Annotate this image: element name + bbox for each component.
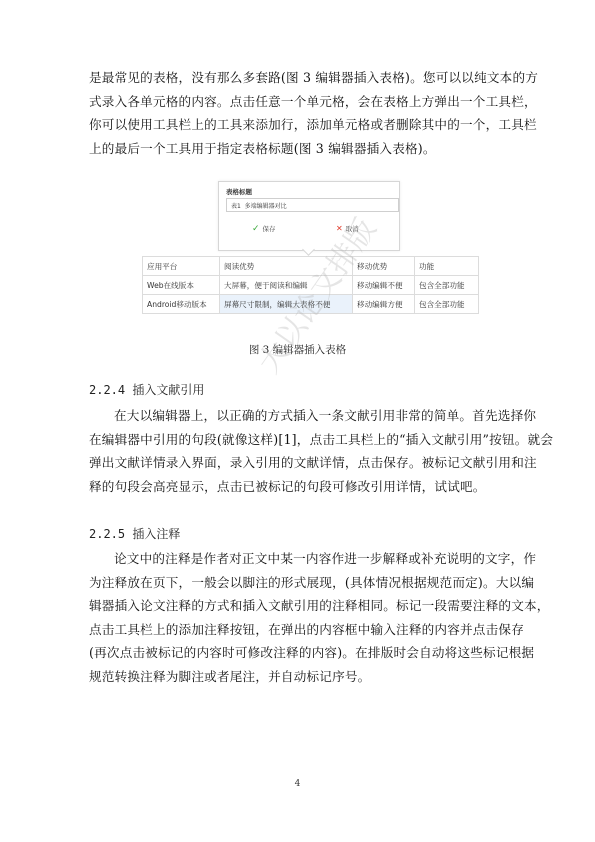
table-cell[interactable]: Android移动版本 [143,295,220,314]
save-button[interactable]: ✓保存 [252,224,276,234]
section-heading-2-2-4: 2.2.4 插入文献引用 [89,381,204,398]
text-line: 论文中的注释是作者对正文中某一内容作进一步解释或补充说明的文字，作 [89,547,509,571]
figure-editor-insert-table: 表格标题 ✓保存 ✕取消 应用平台 阅读优势 移动优势 功能 Web在线版本 大… [0,0,595,330]
table-cell[interactable]: 应用平台 [143,257,220,276]
table-cell[interactable]: 阅读优势 [220,257,353,276]
save-label: 保存 [263,225,276,233]
table-cell[interactable]: 功能 [415,257,479,276]
text-line: 点击工具栏上的添加注释按钮，在弹出的内容框中输入注释的内容并点击保存 [89,618,509,642]
table-title-popup: 表格标题 ✓保存 ✕取消 [218,181,400,251]
table-header-row: 应用平台 阅读优势 移动优势 功能 [143,257,479,276]
table-title-input[interactable] [226,198,399,212]
table-cell[interactable]: 移动编辑不便 [353,276,415,295]
text-line: 在编辑器中引用的句段(就像这样)[1]，点击工具栏上的“插入文献引用”按钮。就会 [89,428,509,452]
cancel-label: 取消 [346,225,359,233]
close-icon: ✕ [336,224,343,233]
table-row: Android移动版本 屏幕尺寸限制，编辑大表格不便 移动编辑方便 包含全部功能 [143,295,479,314]
popup-title: 表格标题 [226,187,252,196]
cancel-button[interactable]: ✕取消 [336,224,359,233]
comparison-table: 应用平台 阅读优势 移动优势 功能 Web在线版本 大屏幕，便于阅读和编辑 移动… [142,256,479,314]
text-line: (再次点击被标记的内容时可修改注释的内容)。在排版时会自动将这些标记根据 [89,641,509,665]
section-2-2-5-paragraph: 论文中的注释是作者对正文中某一内容作进一步解释或补充说明的文字，作 为注释放在页… [89,547,509,689]
text-line: 弹出文献详情录入界面，录入引用的文献详情，点击保存。被标记文献引用和注 [89,451,509,475]
section-heading-2-2-5: 2.2.5 插入注释 [89,525,180,542]
text-line: 辑器插入论文注释的方式和插入文献引用的注释相同。标记一段需要注释的文本， [89,594,509,618]
text-line: 在大以编辑器上，以正确的方式插入一条文献引用非常的简单。首先选择你 [89,404,509,428]
table-cell[interactable]: 大屏幕，便于阅读和编辑 [220,276,353,295]
text-line: 规范转换注释为脚注或者尾注，并自动标记序号。 [89,665,509,689]
text-line: 为注释放在页下，一般会以脚注的形式展现，(具体情况根据规范而定)。大以编 [89,571,509,595]
table-row: Web在线版本 大屏幕，便于阅读和编辑 移动编辑不便 包含全部功能 [143,276,479,295]
table-cell-selected[interactable]: 屏幕尺寸限制，编辑大表格不便 [220,295,353,314]
table-cell[interactable]: 包含全部功能 [415,276,479,295]
check-icon: ✓ [252,224,260,234]
table-cell[interactable]: 移动编辑方便 [353,295,415,314]
section-2-2-4-paragraph: 在大以编辑器上，以正确的方式插入一条文献引用非常的简单。首先选择你 在编辑器中引… [89,404,509,498]
table-cell[interactable]: Web在线版本 [143,276,220,295]
page-number: 4 [0,779,595,789]
table-cell[interactable]: 包含全部功能 [415,295,479,314]
text-line: 释的句段会高亮显示，点击已被标记的句段可修改引用详情，试试吧。 [89,475,509,499]
figure-caption: 图 3 编辑器插入表格 [0,342,595,357]
table-cell[interactable]: 移动优势 [353,257,415,276]
